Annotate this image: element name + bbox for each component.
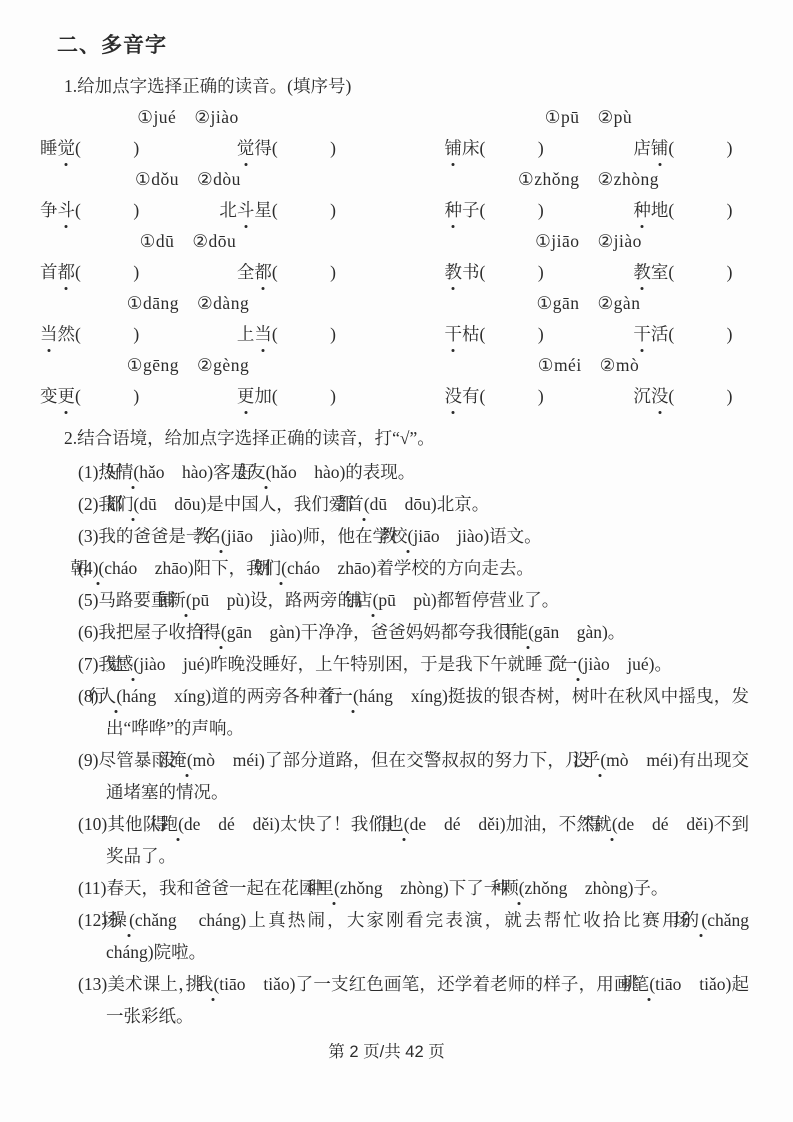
text-run: (dū dōu)是中国人，我们爱首 (133, 494, 363, 514)
q1-word: 沉没( ) (633, 381, 732, 412)
q1-word: 店铺( ) (633, 133, 732, 164)
text-run: (pū pù)都暂停营业了。 (373, 590, 560, 610)
text-run: 睡 (40, 138, 58, 158)
dotted-char: 斗 (237, 195, 255, 226)
text-run: (de dé děi)加油，不然就 (404, 814, 612, 834)
q1-word-pair: 种子( )种地( ) (445, 195, 733, 226)
answer-blank: ( ) (668, 324, 732, 344)
q1-word: 首都( ) (40, 257, 139, 288)
q1-word-pair: 首都( )全都( ) (40, 257, 336, 288)
q1-half-left: 变更( )更加( ) (0, 381, 387, 412)
pinyin-options: ①dū ②dōu (40, 226, 336, 257)
q2-sentence: (2)我们都(dū dōu)是中国人，我们爱首都(dū dōu)北京。 (78, 488, 749, 520)
q1-words-row: 首都( )全都( )教书( )教室( ) (0, 257, 773, 288)
q1-half-left: 争斗( )北斗星( ) (0, 195, 387, 226)
q1-word: 北斗星( ) (219, 195, 336, 226)
q1-words-row: 睡觉( )觉得( )铺床( )店铺( ) (0, 133, 773, 164)
q1-word: 全都( ) (237, 257, 336, 288)
q1-half-right: 没有( )沉没( ) (387, 381, 774, 412)
q2-sentence: (3)我的爸爸是一名教(jiāo jiào)师，他在学校教(jiāo jiào)… (78, 520, 749, 552)
text-run: (chǎng cháng)上真热闹，大家刚看完表演，就去帮忙收拾比赛用的 (129, 910, 701, 930)
q1-half-left: 睡觉( )觉得( ) (0, 133, 387, 164)
text-run: (dū dōu)北京。 (364, 494, 489, 514)
text-run: 子 (462, 200, 480, 220)
q1-word-pair: 当然( )上当( ) (40, 319, 336, 350)
answer-blank: ( ) (668, 138, 732, 158)
dotted-char: 当 (40, 319, 58, 350)
answer-blank: ( ) (272, 262, 336, 282)
pinyin-options: ①dǒu ②dòu (40, 164, 336, 195)
answer-blank: ( ) (272, 138, 336, 158)
dotted-char: 没 (651, 381, 669, 412)
q1-word: 教书( ) (445, 257, 544, 288)
dotted-char: 没 (445, 381, 463, 412)
q1-word: 觉得( ) (237, 133, 336, 164)
q2-sentence: (5)马路要重新铺(pū pù)设，路两旁的店铺(pū pù)都暂停营业了。 (78, 584, 749, 616)
text-run: 沉 (633, 386, 651, 406)
q2-sentence: (4)朝(cháo zhāo)阳下，我们朝(cháo zhāo)着学校的方向走去… (78, 552, 749, 584)
text-run: (jiào jué)。 (578, 654, 672, 674)
answer-blank: ( ) (668, 386, 732, 406)
text-run: 争 (40, 200, 58, 220)
q1-options-row: ①dǒu ②dòu①zhǒng ②zhòng (0, 164, 773, 195)
q1-word-pair: 争斗( )北斗星( ) (40, 195, 336, 226)
pinyin-options: ①dāng ②dàng (40, 288, 336, 319)
answer-blank: ( ) (75, 262, 139, 282)
q1-half-right: 种子( )种地( ) (387, 195, 774, 226)
text-run: 上 (237, 324, 255, 344)
text-run: 然 (58, 324, 76, 344)
q1-word-pair: 铺床( )店铺( ) (445, 133, 733, 164)
text-run: 全 (237, 262, 255, 282)
q2-sentence: (11)春天，我和爸爸一起在花园里种(zhǒng zhòng)下了一颗种(zhǒ… (78, 872, 749, 904)
q1-word: 干枯( ) (445, 319, 544, 350)
q1-word-pair: 睡觉( )觉得( ) (40, 133, 336, 164)
answer-blank: ( ) (668, 200, 732, 220)
q1-words-row: 争斗( )北斗星( )种子( )种地( ) (0, 195, 773, 226)
dotted-char: 都 (254, 257, 272, 288)
q1-word-pair: 教书( )教室( ) (445, 257, 733, 288)
q1-word-pair: 没有( )沉没( ) (445, 381, 733, 412)
dotted-char: 都 (58, 257, 76, 288)
q1-word: 更加( ) (237, 381, 336, 412)
q2-label: 2.结合语境，给加点字选择正确的读音，打“√”。 (64, 424, 773, 452)
dotted-char: 干 (633, 319, 651, 350)
q1-word: 睡觉( ) (40, 133, 139, 164)
text-run: (tiāo tiǎo)了一支红色画笔，还学着老师的样子，用画笔 (213, 974, 649, 994)
text-run: (hǎo hào)的表现。 (266, 462, 416, 482)
q1-word: 争斗( ) (40, 195, 139, 226)
text-run: 床 (462, 138, 480, 158)
dotted-char: 更 (58, 381, 76, 412)
text-run: 得 (254, 138, 272, 158)
text-run: (háng xíng)道的两旁各种着一 (116, 686, 353, 706)
q1-word-pair: 干枯( )干活( ) (445, 319, 733, 350)
pinyin-options: ①pū ②pù (445, 102, 733, 133)
q1-half-left: 当然( )上当( ) (0, 319, 387, 350)
page-footer: 第 2 页/共 42 页 (0, 1038, 773, 1062)
text-run: 北 (219, 200, 237, 220)
pinyin-options: ①gān ②gàn (445, 288, 733, 319)
dotted-char: 种 (445, 195, 463, 226)
q1-half-right: 铺床( )店铺( ) (387, 133, 774, 164)
q2-sentence: (10)其他队跑得(de dé děi)太快了！我们也得(de dé děi)加… (78, 808, 749, 872)
pinyin-options: ①méi ②mò (445, 350, 733, 381)
q1-half-left: ①jué ②jiào (0, 102, 387, 133)
q1-words-row: 当然( )上当( )干枯( )干活( ) (0, 319, 773, 350)
answer-blank: ( ) (272, 386, 336, 406)
text-run: (jiào jué)昨晚没睡好，上午特别困，于是我下午就睡了一 (133, 654, 577, 674)
q1-word: 变更( ) (40, 381, 139, 412)
q2-sentence: (13)美术课上，我挑(tiāo tiǎo)了一支红色画笔，还学着老师的样子，用… (78, 968, 749, 1032)
q2-sentence: (9)尽管暴雨淹没(mò méi)了部分道路，但在交警叔叔的努力下，几乎没(mò… (78, 744, 749, 808)
q1-half-right: ①méi ②mò (387, 350, 774, 381)
dotted-char: 教 (633, 257, 651, 288)
text-run: (mò méi)了部分道路，但在交警叔叔的努力下，几乎 (187, 750, 601, 770)
text-run: 首 (40, 262, 58, 282)
text-run: 活 (651, 324, 669, 344)
text-run: (de dé děi)太快了！我们也 (178, 814, 404, 834)
dotted-char: 更 (237, 381, 255, 412)
q1-word: 教室( ) (633, 257, 732, 288)
dotted-char: 种 (633, 195, 651, 226)
q1-half-right: ①gān ②gàn (387, 288, 774, 319)
q1-words-row: 变更( )更加( )没有( )沉没( ) (0, 381, 773, 412)
answer-blank: ( ) (75, 386, 139, 406)
q2-sentence: (7)我感觉(jiào jué)昨晚没睡好，上午特别困，于是我下午就睡了一觉(j… (78, 648, 749, 680)
q1-half-right: ①zhǒng ②zhòng (387, 164, 774, 195)
q1-word: 干活( ) (633, 319, 732, 350)
answer-blank: ( ) (272, 324, 336, 344)
text-run: 室 (651, 262, 669, 282)
text-run: 加 (254, 386, 272, 406)
answer-blank: ( ) (668, 262, 732, 282)
text-run: (gān gàn)干净净，爸爸妈妈都夸我很能 (221, 622, 528, 642)
q1-word: 种子( ) (445, 195, 544, 226)
pinyin-options: ①jué ②jiào (40, 102, 336, 133)
answer-blank: ( ) (75, 324, 139, 344)
text-run: 变 (40, 386, 58, 406)
q1-half-left: ①dū ②dōu (0, 226, 387, 257)
q2-sentence: (8)人行(háng xíng)道的两旁各种着一行(háng xíng)挺拔的银… (78, 680, 749, 744)
text-run: (jiāo jiào)语文。 (408, 526, 542, 546)
dotted-char: 教 (445, 257, 463, 288)
answer-blank: ( ) (480, 386, 544, 406)
answer-blank: ( ) (480, 200, 544, 220)
worksheet-page: 二、多音字 1.给加点字选择正确的读音。(填序号) ①jué ②jiào①pū … (0, 0, 793, 1122)
text-run: (zhǒng zhòng)子。 (519, 878, 669, 898)
pinyin-options: ①gēng ②gèng (40, 350, 336, 381)
text-run: (cháo zhāo)着学校的方向走去。 (281, 558, 534, 578)
dotted-char: 当 (254, 319, 272, 350)
answer-blank: ( ) (272, 200, 336, 220)
q1-word: 当然( ) (40, 319, 139, 350)
dotted-char: 斗 (58, 195, 76, 226)
answer-blank: ( ) (480, 324, 544, 344)
text-run: 有 (462, 386, 480, 406)
q1-groups: ①jué ②jiào①pū ②pù睡觉( )觉得( )铺床( )店铺( )①dǒ… (0, 102, 773, 412)
q1-word: 种地( ) (633, 195, 732, 226)
q1-label: 1.给加点字选择正确的读音。(填序号) (64, 72, 773, 100)
text-run: (11)春天，我和爸爸一起在花园里 (78, 878, 334, 898)
q1-half-left: 首都( )全都( ) (0, 257, 387, 288)
text-run: (gān gàn)。 (528, 622, 625, 642)
text-run: 枯 (462, 324, 480, 344)
dotted-char: 铺 (651, 133, 669, 164)
dotted-char: 觉 (237, 133, 255, 164)
dotted-char: 觉 (58, 133, 76, 164)
answer-blank: ( ) (75, 200, 139, 220)
q1-word: 没有( ) (445, 381, 544, 412)
q1-word: 上当( ) (237, 319, 336, 350)
q1-options-row: ①dāng ②dàng①gān ②gàn (0, 288, 773, 319)
pinyin-options: ①jiāo ②jiào (445, 226, 733, 257)
answer-blank: ( ) (75, 138, 139, 158)
q1-options-row: ①jué ②jiào①pū ②pù (0, 102, 773, 133)
dotted-char: 铺 (445, 133, 463, 164)
pinyin-options: ①zhǒng ②zhòng (445, 164, 733, 195)
dotted-char: 干 (445, 319, 463, 350)
q2-sentence: (12)操场(chǎng cháng)上真热闹，大家刚看完表演，就去帮忙收拾比赛… (78, 904, 749, 968)
q2-items: (1)热情好(hǎo hào)客是友好(hǎo hào)的表现。(2)我们都(d… (0, 456, 773, 1032)
q1-half-left: ①gēng ②gèng (0, 350, 387, 381)
q1-half-left: ①dǒu ②dòu (0, 164, 387, 195)
q1-options-row: ①gēng ②gèng①méi ②mò (0, 350, 773, 381)
section-title: 二、多音字 (57, 32, 773, 60)
answer-blank: ( ) (480, 262, 544, 282)
q1-word: 铺床( ) (445, 133, 544, 164)
q1-word-pair: 变更( )更加( ) (40, 381, 336, 412)
text-run: 地 (651, 200, 669, 220)
answer-blank: ( ) (480, 138, 544, 158)
q1-half-right: 教书( )教室( ) (387, 257, 774, 288)
q1-half-left: ①dāng ②dàng (0, 288, 387, 319)
q1-options-row: ①dū ②dōu①jiāo ②jiào (0, 226, 773, 257)
q1-half-right: ①jiāo ②jiào (387, 226, 774, 257)
text-run: 星 (254, 200, 272, 220)
q2-sentence: (1)热情好(hǎo hào)客是友好(hǎo hào)的表现。 (78, 456, 749, 488)
q1-half-right: ①pū ②pù (387, 102, 774, 133)
text-run: 书 (462, 262, 480, 282)
text-run: 店 (633, 138, 651, 158)
q1-half-right: 干枯( )干活( ) (387, 319, 774, 350)
q2-sentence: (6)我把屋子收拾得干(gān gàn)干净净，爸爸妈妈都夸我很能干(gān g… (78, 616, 749, 648)
